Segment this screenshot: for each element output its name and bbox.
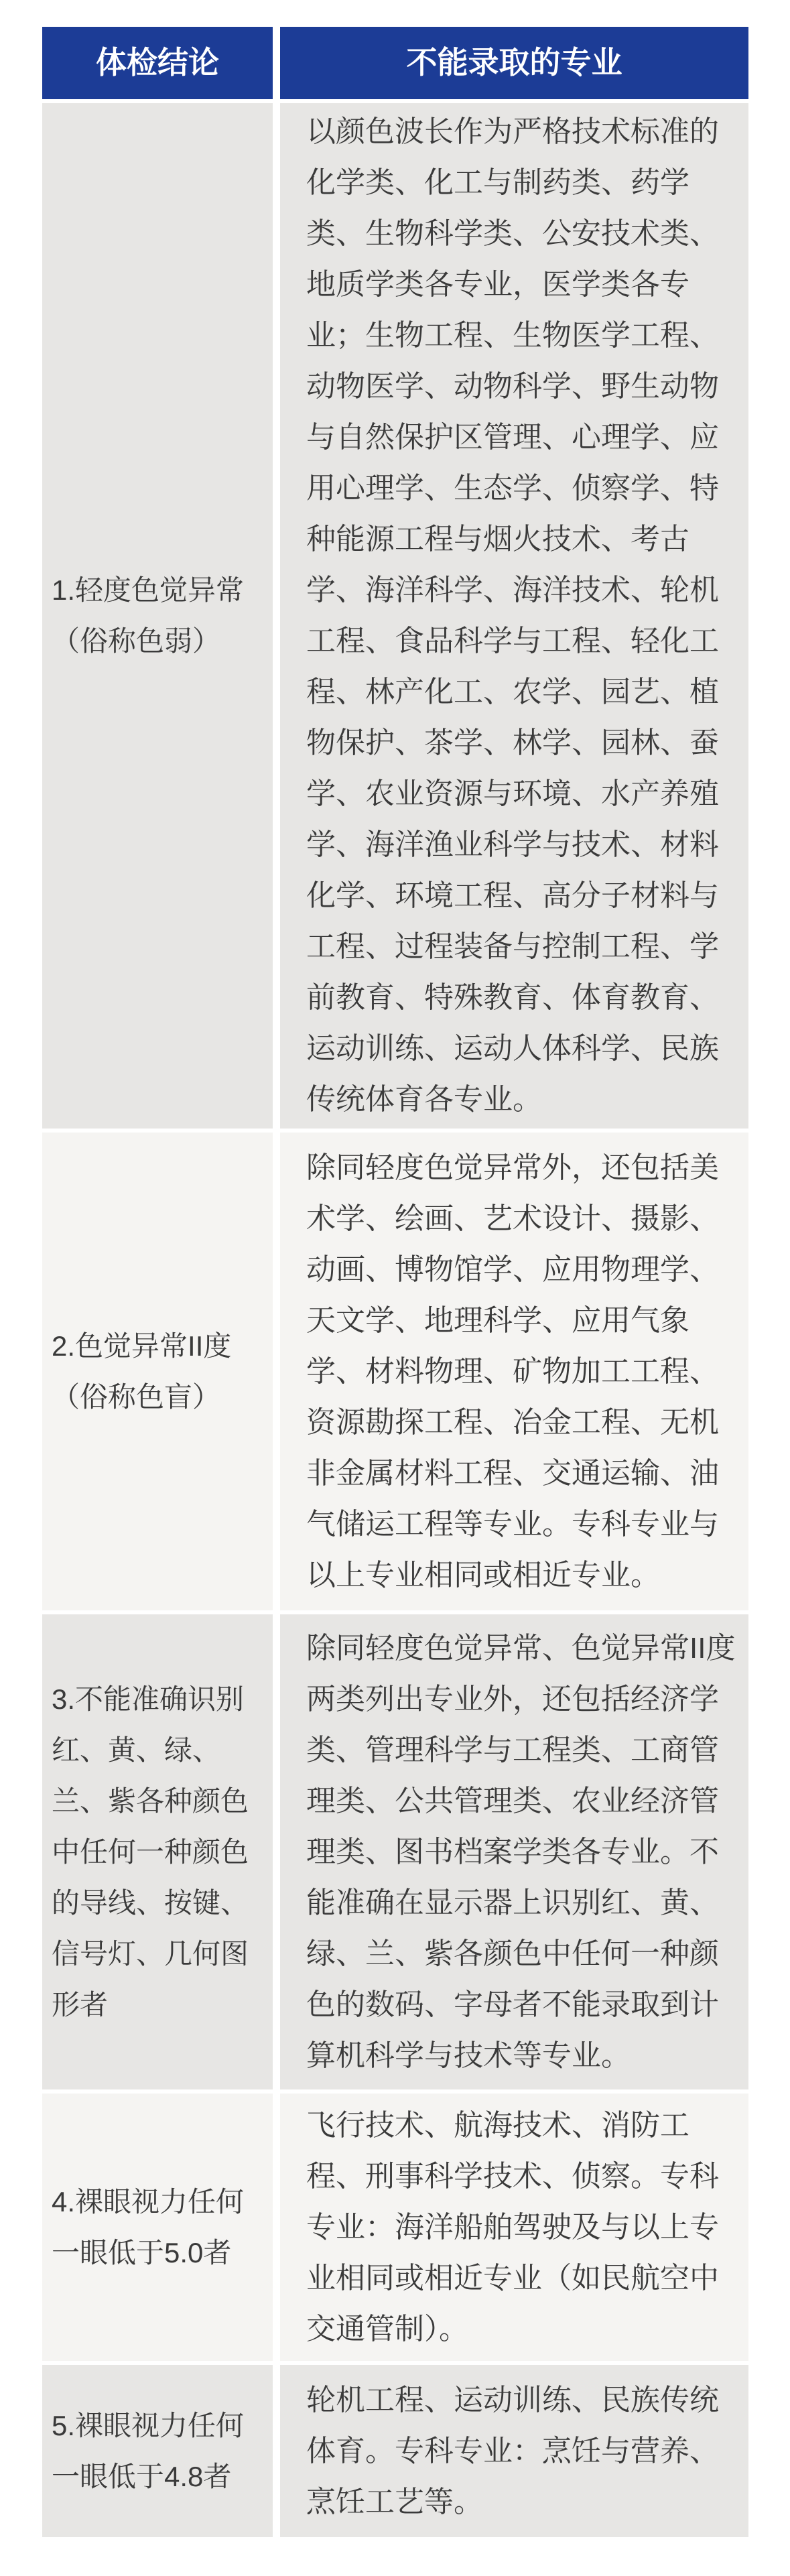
conclusion-cell: 1.轻度色觉异常（俗称色弱） <box>42 103 273 1129</box>
majors-text: 除同轻度色觉异常外，还包括美术学、绘画、艺术设计、摄影、动画、博物馆学、应用物理… <box>306 1143 745 1601</box>
majors-cell: 轮机工程、运动训练、民族传统体育。专科专业：烹饪与营养、烹饪工艺等。 <box>280 2365 748 2537</box>
table-row: 4.裸眼视力任何一眼低于5.0者 飞行技术、航海技术、消防工程、刑事科学技术、侦… <box>42 2094 748 2361</box>
table-row: 5.裸眼视力任何一眼低于4.8者 轮机工程、运动训练、民族传统体育。专科专业：烹… <box>42 2365 748 2537</box>
conclusion-cell: 3.不能准确识别红、黄、绿、兰、紫各种颜色中任何一种颜色的导线、按键、信号灯、几… <box>42 1614 273 2089</box>
conclusion-text: 4.裸眼视力任何一眼低于5.0者 <box>52 2177 261 2278</box>
majors-cell: 飞行技术、航海技术、消防工程、刑事科学技术、侦察。专科专业：海洋船舶驾驶及与以上… <box>280 2094 748 2361</box>
majors-text: 飞行技术、航海技术、消防工程、刑事科学技术、侦察。专科专业：海洋船舶驾驶及与以上… <box>306 2100 745 2355</box>
header-conclusion-label: 体检结论 <box>96 44 219 81</box>
conclusion-cell: 4.裸眼视力任何一眼低于5.0者 <box>42 2094 273 2361</box>
conclusion-text: 5.裸眼视力任何一眼低于4.8者 <box>52 2400 261 2502</box>
majors-text: 除同轻度色觉异常、色觉异常II度两类列出专业外，还包括经济学类、管理科学与工程类… <box>306 1623 745 2081</box>
conclusion-cell: 2.色觉异常II度（俗称色盲） <box>42 1133 273 1610</box>
majors-text: 以颜色波长作为严格技术标准的化学类、化工与制药类、药学类、生物科学类、公安技术类… <box>306 107 745 1125</box>
page: 体检结论 不能录取的专业 1.轻度色觉异常（俗称色弱） 以颜色波长作为严格技术标… <box>0 0 790 2576</box>
majors-cell: 以颜色波长作为严格技术标准的化学类、化工与制药类、药学类、生物科学类、公安技术类… <box>280 103 748 1129</box>
majors-text: 轮机工程、运动训练、民族传统体育。专科专业：烹饪与营养、烹饪工艺等。 <box>306 2375 745 2528</box>
conclusion-text: 2.色觉异常II度（俗称色盲） <box>52 1321 261 1423</box>
table-row: 2.色觉异常II度（俗称色盲） 除同轻度色觉异常外，还包括美术学、绘画、艺术设计… <box>42 1133 748 1610</box>
table-row: 3.不能准确识别红、黄、绿、兰、紫各种颜色中任何一种颜色的导线、按键、信号灯、几… <box>42 1614 748 2089</box>
conclusion-cell: 5.裸眼视力任何一眼低于4.8者 <box>42 2365 273 2537</box>
table-row: 1.轻度色觉异常（俗称色弱） 以颜色波长作为严格技术标准的化学类、化工与制药类、… <box>42 103 748 1129</box>
majors-cell: 除同轻度色觉异常、色觉异常II度两类列出专业外，还包括经济学类、管理科学与工程类… <box>280 1614 748 2089</box>
header-majors-label: 不能录取的专业 <box>407 44 622 81</box>
header-cell-majors: 不能录取的专业 <box>280 27 748 99</box>
table-header-row: 体检结论 不能录取的专业 <box>42 27 748 99</box>
conclusion-text: 3.不能准确识别红、黄、绿、兰、紫各种颜色中任何一种颜色的导线、按键、信号灯、几… <box>52 1674 261 2031</box>
majors-cell: 除同轻度色觉异常外，还包括美术学、绘画、艺术设计、摄影、动画、博物馆学、应用物理… <box>280 1133 748 1610</box>
exam-restriction-table: 体检结论 不能录取的专业 1.轻度色觉异常（俗称色弱） 以颜色波长作为严格技术标… <box>42 27 748 2537</box>
conclusion-text: 1.轻度色觉异常（俗称色弱） <box>52 565 261 667</box>
header-cell-conclusion: 体检结论 <box>42 27 273 99</box>
